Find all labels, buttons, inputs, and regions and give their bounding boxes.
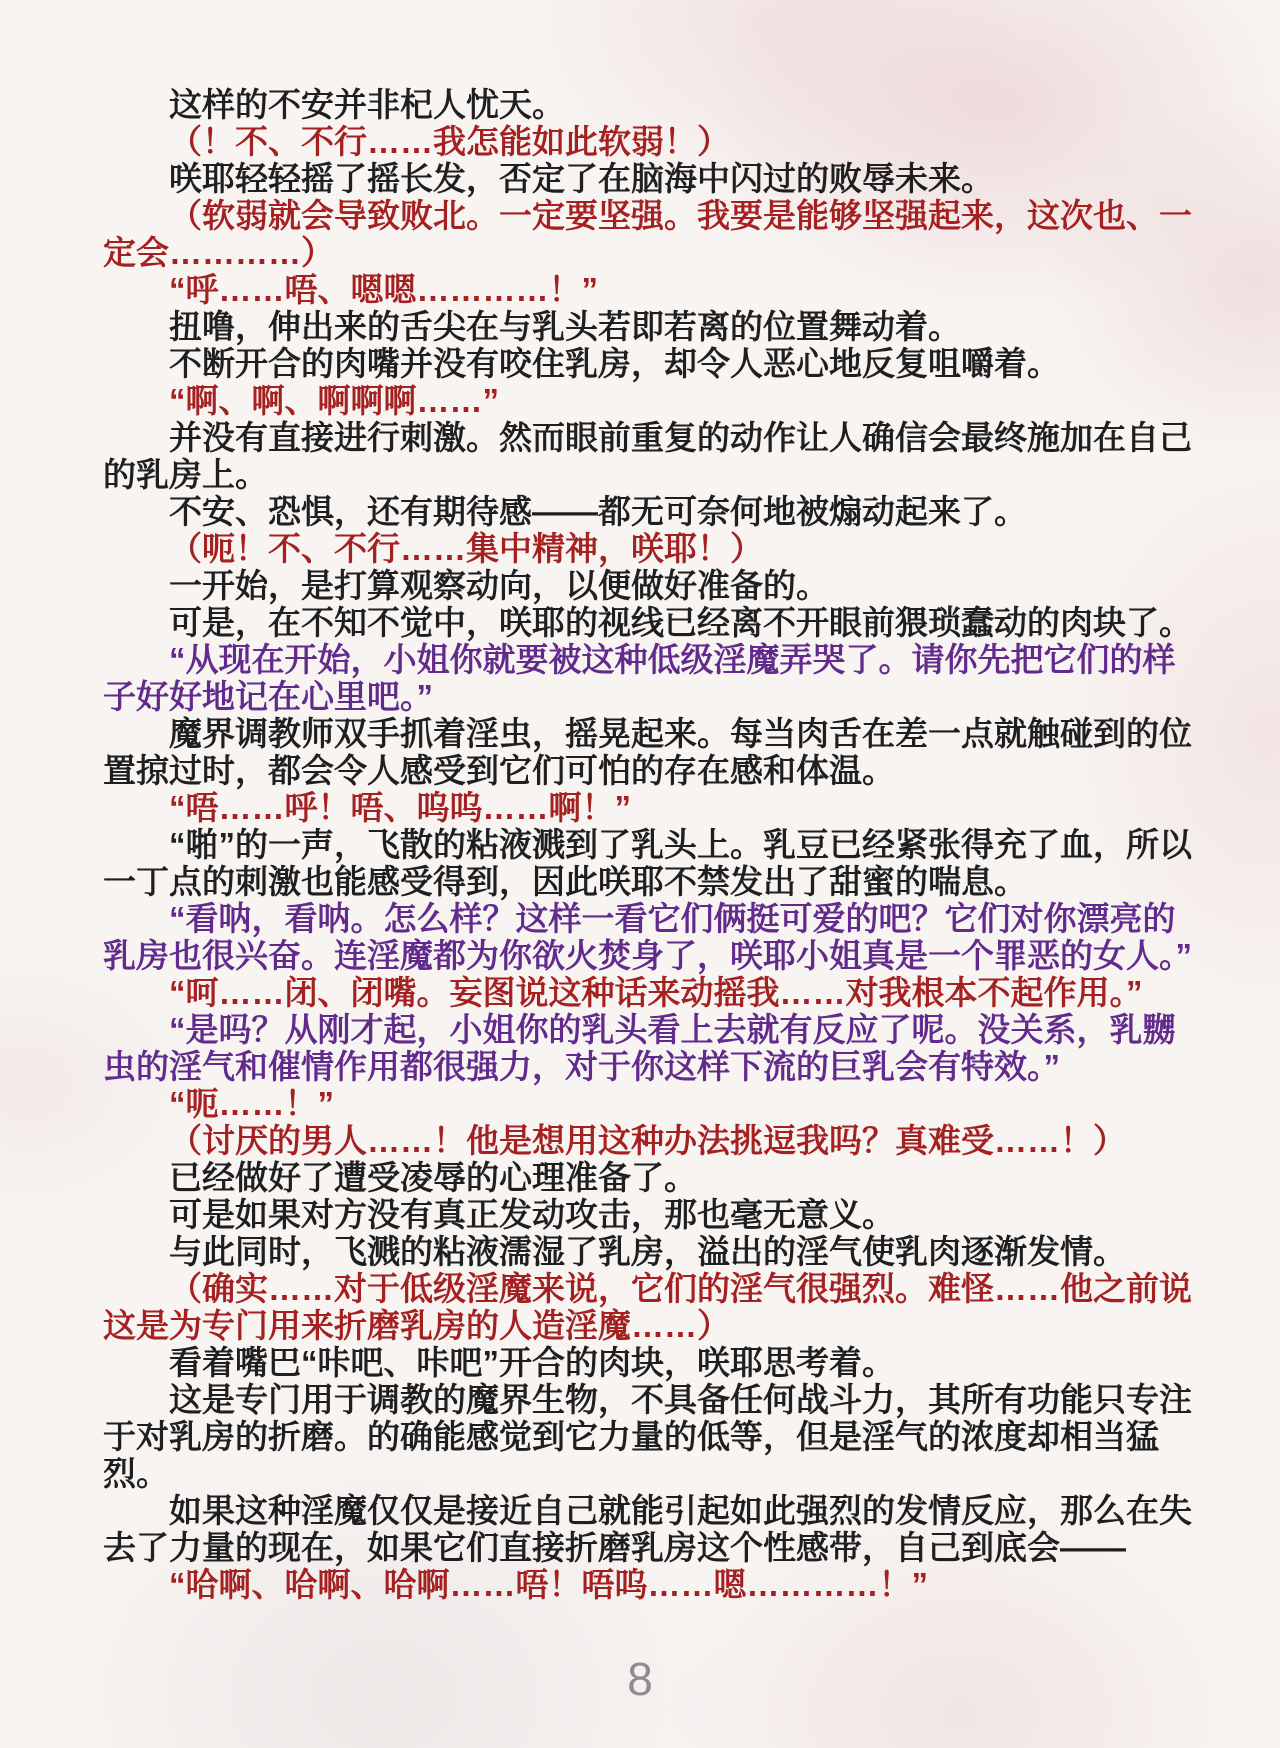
paragraph-line: 已经做好了遭受凌辱的心理准备了。 (103, 1159, 1199, 1196)
paragraph-line: 可是如果对方没有真正发动攻击，那也毫无意义。 (103, 1196, 1199, 1233)
paragraph-line: 一开始，是打算观察动向，以便做好准备的。 (103, 567, 1199, 604)
paragraph-line: 魔界调教师双手抓着淫虫，摇晃起来。每当肉舌在差一点就触碰到的位置掠过时，都会令人… (103, 715, 1199, 789)
paragraph-line: “是吗？从刚才起，小姐你的乳头看上去就有反应了呢。没关系，乳嬲虫的淫气和催情作用… (103, 1011, 1199, 1085)
paragraph-line: 可是，在不知不觉中，咲耶的视线已经离不开眼前猥琐蠢动的肉块了。 (103, 604, 1199, 641)
paragraph-line: 如果这种淫魔仅仅是接近自己就能引起如此强烈的发情反应，那么在失去了力量的现在，如… (103, 1492, 1199, 1566)
paragraph-line: 不断开合的肉嘴并没有咬住乳房，却令人恶心地反复咀嚼着。 (103, 345, 1199, 382)
paragraph-line: 与此同时，飞溅的粘液濡湿了乳房，溢出的淫气使乳肉逐渐发情。 (103, 1233, 1199, 1270)
paragraph-line: “唔……呼！唔、呜呜……啊！” (103, 789, 1199, 826)
paragraph-line: 扭噜，伸出来的舌尖在与乳头若即若离的位置舞动着。 (103, 308, 1199, 345)
paragraph-line: “呼……唔、嗯嗯…………！” (103, 271, 1199, 308)
page-number: 8 (0, 1652, 1280, 1706)
paragraph-line: 咲耶轻轻摇了摇长发，否定了在脑海中闪过的败辱未来。 (103, 160, 1199, 197)
paragraph-line: “看呐，看呐。怎么样？这样一看它们俩挺可爱的吧？它们对你漂亮的乳房也很兴奋。连淫… (103, 900, 1199, 974)
paragraph-line: “啊、啊、啊啊啊……” (103, 382, 1199, 419)
paragraph-line: “从现在开始，小姐你就要被这种低级淫魔弄哭了。请你先把它们的样子好好地记在心里吧… (103, 641, 1199, 715)
paragraph-line: “呵……闭、闭嘴。妄图说这种话来动摇我……对我根本不起作用。” (103, 974, 1199, 1011)
paragraph-line: （确实……对于低级淫魔来说，它们的淫气很强烈。难怪……他之前说这是为专门用来折磨… (103, 1270, 1199, 1344)
paragraph-line: （软弱就会导致败北。一定要坚强。我要是能够坚强起来，这次也、一定会…………） (103, 197, 1199, 271)
paragraph-line: （！不、不行……我怎能如此软弱！） (103, 123, 1199, 160)
text-block: 这样的不安并非杞人忧天。（！不、不行……我怎能如此软弱！）咲耶轻轻摇了摇长发，否… (103, 86, 1199, 1603)
paragraph-line: 并没有直接进行刺激。然而眼前重复的动作让人确信会最终施加在自己的乳房上。 (103, 419, 1199, 493)
paragraph-line: “啪”的一声，飞散的粘液溅到了乳头上。乳豆已经紧张得充了血，所以一丁点的刺激也能… (103, 826, 1199, 900)
paragraph-line: 这样的不安并非杞人忧天。 (103, 86, 1199, 123)
paragraph-line: 看着嘴巴“咔吧、咔吧”开合的肉块，咲耶思考着。 (103, 1344, 1199, 1381)
paragraph-line: “哈啊、哈啊、哈啊……唔！唔呜……嗯…………！” (103, 1566, 1199, 1603)
paragraph-line: （讨厌的男人……！他是想用这种办法挑逗我吗？真难受……！） (103, 1122, 1199, 1159)
paragraph-line: （呃！不、不行……集中精神，咲耶！） (103, 530, 1199, 567)
paragraph-line: 不安、恐惧，还有期待感——都无可奈何地被煽动起来了。 (103, 493, 1199, 530)
paragraph-line: “呃……！” (103, 1085, 1199, 1122)
paragraph-line: 这是专门用于调教的魔界生物，不具备任何战斗力，其所有功能只专注于对乳房的折磨。的… (103, 1381, 1199, 1492)
